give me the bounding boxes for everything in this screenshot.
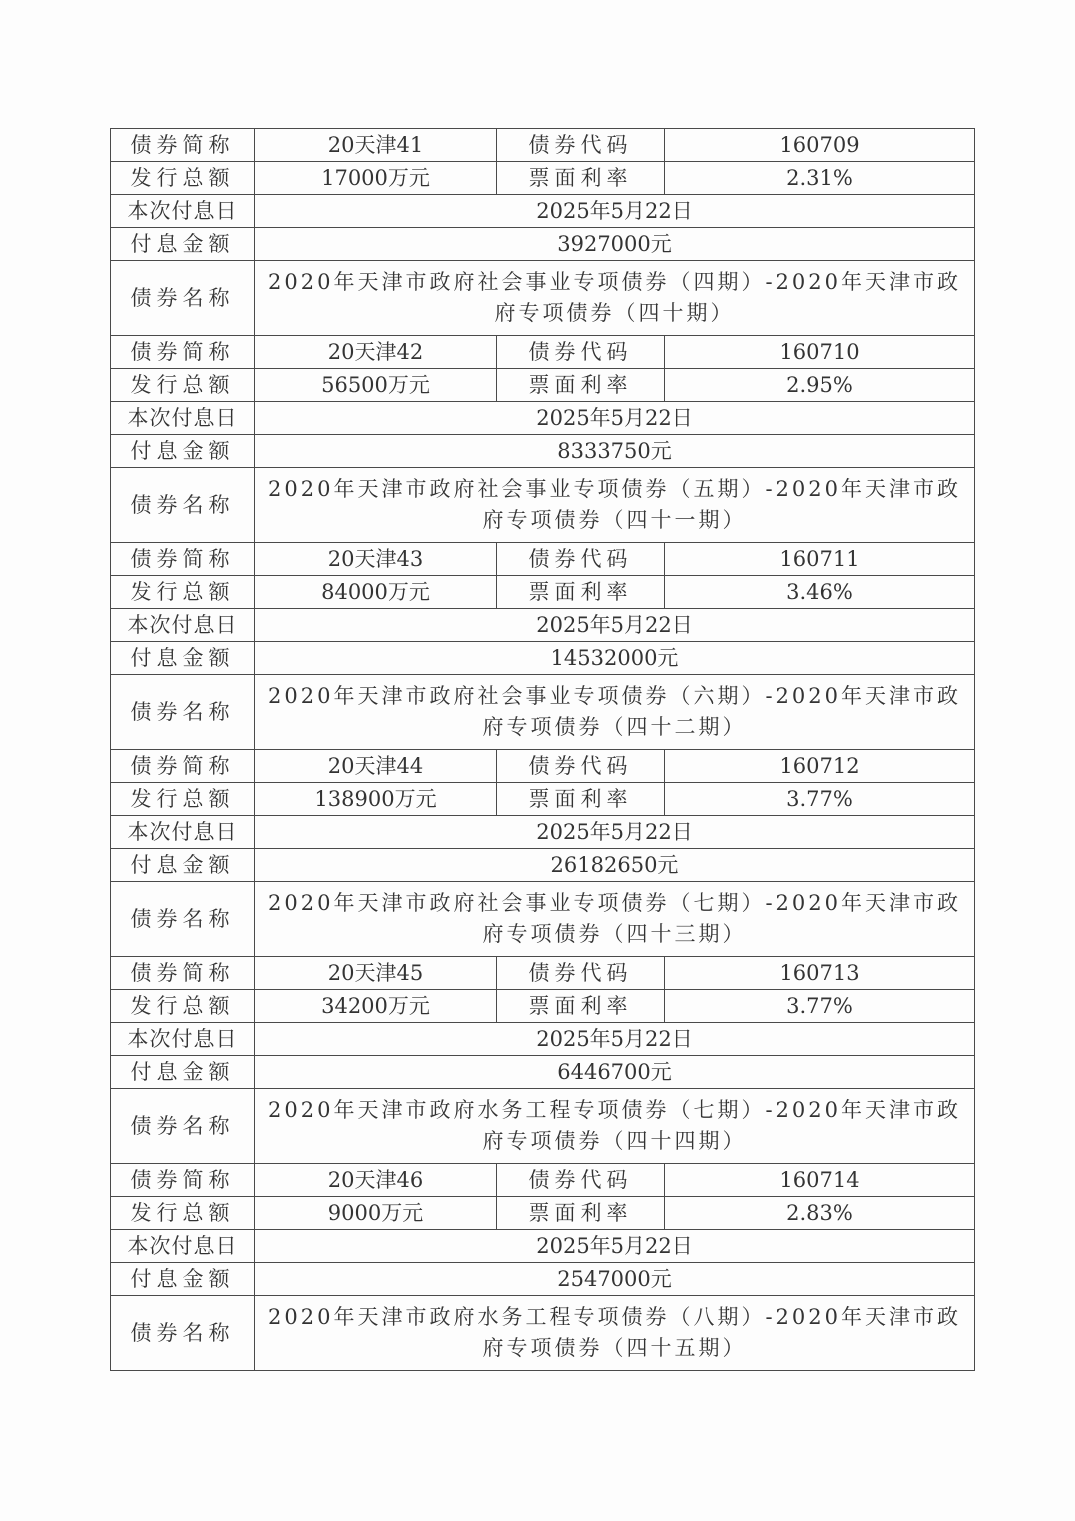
table-row-issue: 发行总额 56500万元 票面利率 2.95%	[111, 369, 975, 402]
coupon-rate-value: 2.95%	[665, 369, 975, 402]
label-coupon-rate: 票面利率	[497, 576, 665, 609]
label-total-issue: 发行总额	[111, 369, 255, 402]
payment-amount-value: 6446700元	[255, 1056, 975, 1089]
short-name-value: 20天津46	[255, 1164, 497, 1197]
table-row-payment-date: 本次付息日 2025年5月22日	[111, 195, 975, 228]
label-short-name: 债券简称	[111, 129, 255, 162]
total-issue-value: 84000万元	[255, 576, 497, 609]
label-short-name: 债券简称	[111, 750, 255, 783]
label-coupon-rate: 票面利率	[497, 369, 665, 402]
label-payment-amount: 付息金额	[111, 1263, 255, 1296]
table-row-issue: 发行总额 138900万元 票面利率 3.77%	[111, 783, 975, 816]
label-payment-date: 本次付息日	[111, 195, 255, 228]
coupon-rate-value: 2.31%	[665, 162, 975, 195]
table-row-full-name: 债券名称 2020年天津市政府社会事业专项债券（四期）-2020年天津市政府专项…	[111, 261, 975, 336]
code-value: 160714	[665, 1164, 975, 1197]
label-code: 债券代码	[497, 957, 665, 990]
payment-amount-value: 2547000元	[255, 1263, 975, 1296]
label-short-name: 债券简称	[111, 957, 255, 990]
payment-date-value: 2025年5月22日	[255, 1230, 975, 1263]
code-value: 160713	[665, 957, 975, 990]
table-row-payment-amount: 付息金额 14532000元	[111, 642, 975, 675]
label-total-issue: 发行总额	[111, 1197, 255, 1230]
table-row-payment-date: 本次付息日 2025年5月22日	[111, 402, 975, 435]
table-row-short-name: 债券简称 20天津44 债券代码 160712	[111, 750, 975, 783]
coupon-rate-value: 3.77%	[665, 783, 975, 816]
label-full-name: 债券名称	[111, 468, 255, 543]
payment-amount-value: 26182650元	[255, 849, 975, 882]
table-row-full-name: 债券名称 2020年天津市政府社会事业专项债券（六期）-2020年天津市政府专项…	[111, 675, 975, 750]
payment-date-value: 2025年5月22日	[255, 195, 975, 228]
code-value: 160712	[665, 750, 975, 783]
table-row-issue: 发行总额 17000万元 票面利率 2.31%	[111, 162, 975, 195]
label-coupon-rate: 票面利率	[497, 990, 665, 1023]
payment-amount-value: 3927000元	[255, 228, 975, 261]
label-full-name: 债券名称	[111, 675, 255, 750]
label-short-name: 债券简称	[111, 543, 255, 576]
full-name-value: 2020年天津市政府社会事业专项债券（五期）-2020年天津市政府专项债券（四十…	[255, 468, 975, 543]
label-total-issue: 发行总额	[111, 783, 255, 816]
total-issue-value: 56500万元	[255, 369, 497, 402]
code-value: 160710	[665, 336, 975, 369]
label-payment-date: 本次付息日	[111, 402, 255, 435]
table-row-short-name: 债券简称 20天津46 债券代码 160714	[111, 1164, 975, 1197]
payment-date-value: 2025年5月22日	[255, 609, 975, 642]
table-row-payment-amount: 付息金额 2547000元	[111, 1263, 975, 1296]
label-payment-date: 本次付息日	[111, 1023, 255, 1056]
label-payment-amount: 付息金额	[111, 435, 255, 468]
bond-interest-table: 债券简称 20天津41 债券代码 160709 发行总额 17000万元 票面利…	[110, 128, 975, 1371]
table-row-payment-amount: 付息金额 8333750元	[111, 435, 975, 468]
label-short-name: 债券简称	[111, 1164, 255, 1197]
label-coupon-rate: 票面利率	[497, 783, 665, 816]
table-row-full-name: 债券名称 2020年天津市政府社会事业专项债券（五期）-2020年天津市政府专项…	[111, 468, 975, 543]
label-code: 债券代码	[497, 543, 665, 576]
label-code: 债券代码	[497, 750, 665, 783]
table-row-full-name: 债券名称 2020年天津市政府水务工程专项债券（八期）-2020年天津市政府专项…	[111, 1296, 975, 1371]
total-issue-value: 138900万元	[255, 783, 497, 816]
label-coupon-rate: 票面利率	[497, 1197, 665, 1230]
label-payment-amount: 付息金额	[111, 228, 255, 261]
table-row-issue: 发行总额 34200万元 票面利率 3.77%	[111, 990, 975, 1023]
short-name-value: 20天津41	[255, 129, 497, 162]
label-full-name: 债券名称	[111, 1089, 255, 1164]
code-value: 160709	[665, 129, 975, 162]
payment-amount-value: 14532000元	[255, 642, 975, 675]
table-row-payment-amount: 付息金额 26182650元	[111, 849, 975, 882]
table-row-payment-date: 本次付息日 2025年5月22日	[111, 816, 975, 849]
table-row-payment-date: 本次付息日 2025年5月22日	[111, 609, 975, 642]
short-name-value: 20天津44	[255, 750, 497, 783]
short-name-value: 20天津45	[255, 957, 497, 990]
table-row-payment-amount: 付息金额 6446700元	[111, 1056, 975, 1089]
coupon-rate-value: 3.77%	[665, 990, 975, 1023]
payment-date-value: 2025年5月22日	[255, 1023, 975, 1056]
full-name-value: 2020年天津市政府水务工程专项债券（七期）-2020年天津市政府专项债券（四十…	[255, 1089, 975, 1164]
label-code: 债券代码	[497, 1164, 665, 1197]
table-row-issue: 发行总额 84000万元 票面利率 3.46%	[111, 576, 975, 609]
table-row-payment-date: 本次付息日 2025年5月22日	[111, 1023, 975, 1056]
label-payment-date: 本次付息日	[111, 816, 255, 849]
full-name-value: 2020年天津市政府水务工程专项债券（八期）-2020年天津市政府专项债券（四十…	[255, 1296, 975, 1371]
label-short-name: 债券简称	[111, 336, 255, 369]
label-payment-amount: 付息金额	[111, 642, 255, 675]
label-payment-amount: 付息金额	[111, 849, 255, 882]
table-row-full-name: 债券名称 2020年天津市政府社会事业专项债券（七期）-2020年天津市政府专项…	[111, 882, 975, 957]
label-full-name: 债券名称	[111, 882, 255, 957]
full-name-value: 2020年天津市政府社会事业专项债券（六期）-2020年天津市政府专项债券（四十…	[255, 675, 975, 750]
table-row-payment-amount: 付息金额 3927000元	[111, 228, 975, 261]
label-coupon-rate: 票面利率	[497, 162, 665, 195]
label-full-name: 债券名称	[111, 261, 255, 336]
label-total-issue: 发行总额	[111, 990, 255, 1023]
payment-amount-value: 8333750元	[255, 435, 975, 468]
label-total-issue: 发行总额	[111, 576, 255, 609]
label-payment-date: 本次付息日	[111, 609, 255, 642]
full-name-value: 2020年天津市政府社会事业专项债券（七期）-2020年天津市政府专项债券（四十…	[255, 882, 975, 957]
total-issue-value: 34200万元	[255, 990, 497, 1023]
label-code: 债券代码	[497, 129, 665, 162]
document-page: 债券简称 20天津41 债券代码 160709 发行总额 17000万元 票面利…	[0, 0, 1075, 1521]
label-full-name: 债券名称	[111, 1296, 255, 1371]
code-value: 160711	[665, 543, 975, 576]
coupon-rate-value: 2.83%	[665, 1197, 975, 1230]
table-row-payment-date: 本次付息日 2025年5月22日	[111, 1230, 975, 1263]
short-name-value: 20天津43	[255, 543, 497, 576]
table-row-short-name: 债券简称 20天津42 债券代码 160710	[111, 336, 975, 369]
label-code: 债券代码	[497, 336, 665, 369]
label-total-issue: 发行总额	[111, 162, 255, 195]
total-issue-value: 9000万元	[255, 1197, 497, 1230]
table-row-short-name: 债券简称 20天津41 债券代码 160709	[111, 129, 975, 162]
label-payment-amount: 付息金额	[111, 1056, 255, 1089]
table-row-full-name: 债券名称 2020年天津市政府水务工程专项债券（七期）-2020年天津市政府专项…	[111, 1089, 975, 1164]
full-name-value: 2020年天津市政府社会事业专项债券（四期）-2020年天津市政府专项债券（四十…	[255, 261, 975, 336]
table-row-short-name: 债券简称 20天津45 债券代码 160713	[111, 957, 975, 990]
total-issue-value: 17000万元	[255, 162, 497, 195]
table-row-short-name: 债券简称 20天津43 债券代码 160711	[111, 543, 975, 576]
payment-date-value: 2025年5月22日	[255, 402, 975, 435]
label-payment-date: 本次付息日	[111, 1230, 255, 1263]
payment-date-value: 2025年5月22日	[255, 816, 975, 849]
coupon-rate-value: 3.46%	[665, 576, 975, 609]
table-row-issue: 发行总额 9000万元 票面利率 2.83%	[111, 1197, 975, 1230]
short-name-value: 20天津42	[255, 336, 497, 369]
